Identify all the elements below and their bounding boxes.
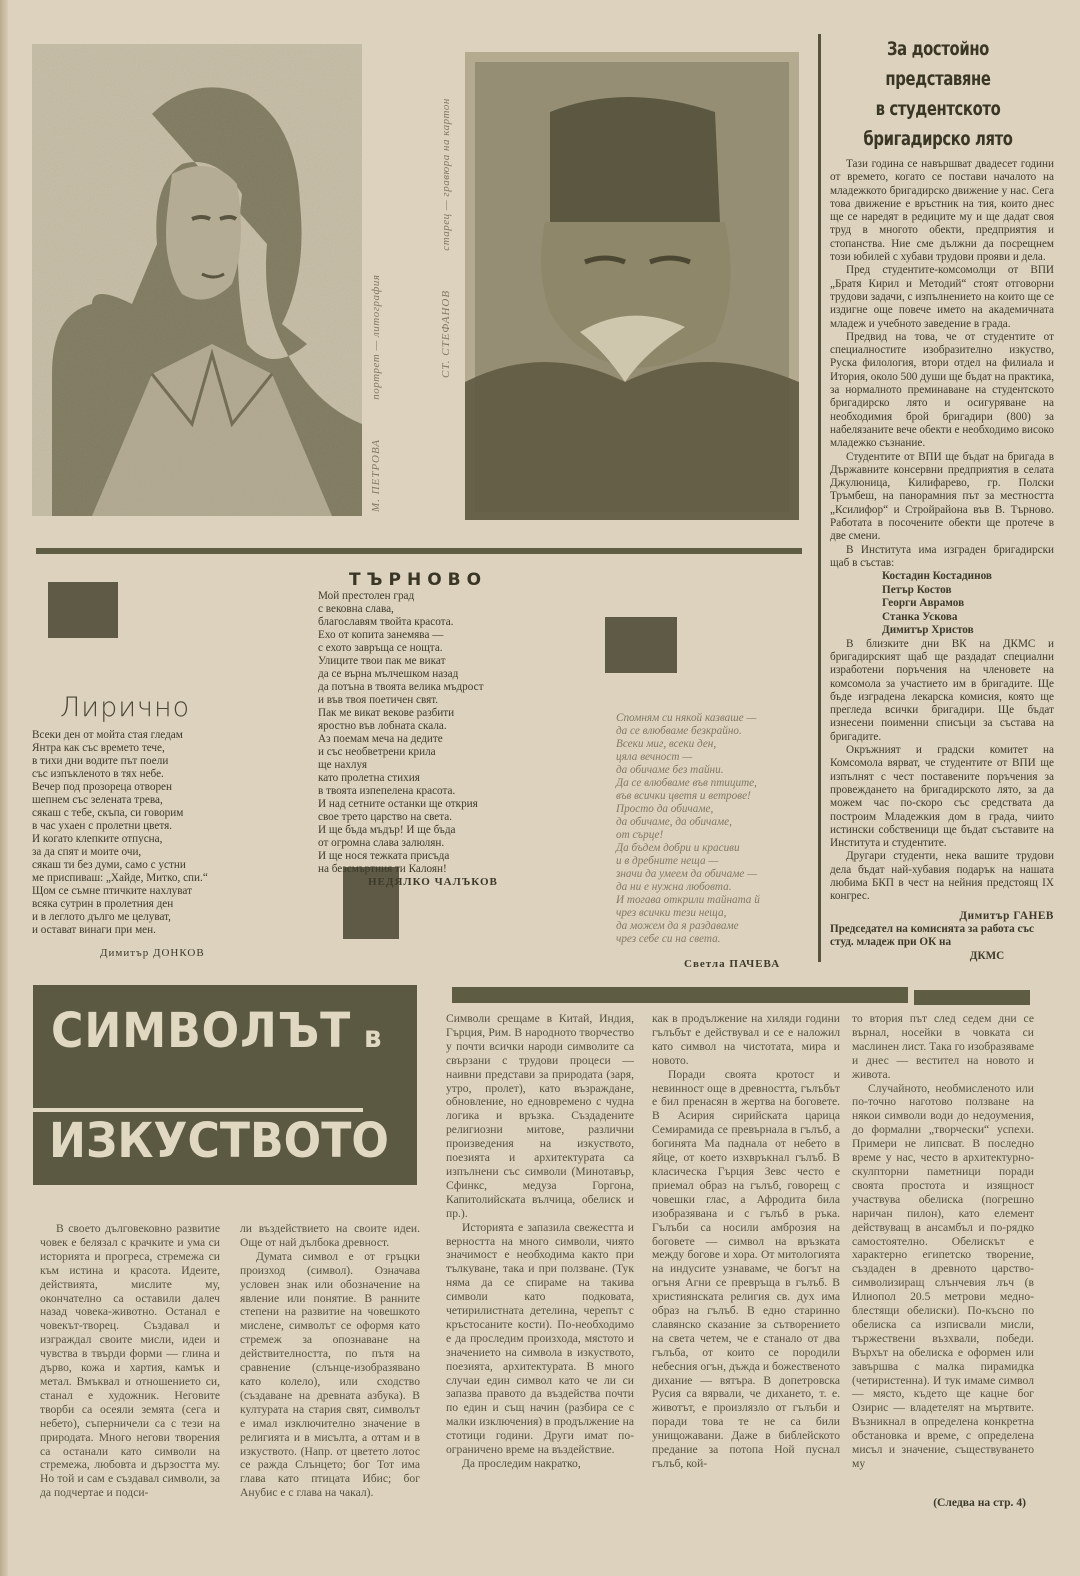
poem-lines: Всеки ден от мойта стая гледам Янтра как…: [32, 729, 232, 937]
symbol-col-5: то втория път след седем дни се върнал, …: [852, 1012, 1034, 1471]
column-rule-vertical: [818, 34, 821, 962]
brigade-headline: За достойно представяне в студентското б…: [848, 34, 1029, 154]
symbol-col-2: ли въздействието на своите идеи. Още от …: [240, 1222, 420, 1500]
symbol-col-1: В своето дълговековно развитие човек е б…: [40, 1222, 220, 1500]
poem-pacheva: Спомням си някой казваше — да се влюбвам…: [616, 712, 816, 970]
poem-author: Светла ПАЧЕВА: [616, 958, 816, 970]
symbol-col-4: как в продължение на хиляди години гълъб…: [652, 1012, 840, 1471]
decorative-square: [48, 582, 118, 638]
continued-note: (Следва на стр. 4): [852, 1496, 1026, 1509]
poem-lirichno: Лирично Всеки ден от мойта стая гледам Я…: [32, 692, 232, 959]
brigade-body: Тази година се навършват двадесет години…: [822, 158, 1054, 963]
portrait-caption-1: М. ПЕТРОВА портрет — литография: [370, 275, 382, 512]
page-edge: [0, 0, 8, 1576]
portrait-old-man-engraving: [465, 52, 799, 520]
symbol-col-3: Символи срещаме в Китай, Индия, Гърция, …: [446, 1012, 634, 1471]
banner-title-line1: СИМВОЛЪТв: [51, 1003, 382, 1059]
portrait-woman-lithograph: [32, 44, 362, 516]
poem-author: Димитър ДОНКОВ: [32, 947, 232, 959]
poem-lines: Мой престолен град с вековна слава, благ…: [318, 590, 618, 876]
poem-tarnovo: ТЪРНОВО Мой престолен град с вековна сла…: [318, 570, 618, 888]
brigade-article: За достойно представяне в студентското б…: [822, 34, 1054, 963]
divider-rule-top: [36, 548, 802, 554]
signature: Димитър ГАНЕВ: [830, 910, 1054, 923]
poem-lines: Спомням си някой казваше — да се влюбвам…: [616, 712, 816, 946]
poem-author: НЕДЯЛКО ЧАЛЪКОВ: [318, 876, 618, 888]
signature-title: Председател на комисията за работа със с…: [830, 923, 1054, 963]
portrait-caption-2: СТ. СТЕФАНОВ старец — гравюра на картон: [440, 98, 452, 378]
banner-title-line2: ИЗКУСТВОТО: [49, 1113, 389, 1169]
symbol-article-banner: СИМВОЛЪТв ИЗКУСТВОТО: [33, 985, 417, 1185]
staff-list: Костадин Костадинов Петър Костов Георги …: [830, 570, 1054, 638]
divider-rule-bottom: [452, 987, 908, 1003]
banner-divider: [33, 1108, 363, 1112]
poem-title: ТЪРНОВО: [318, 570, 518, 590]
divider-rule-bottom-end: [914, 990, 1030, 1005]
poem-title: Лирично: [32, 692, 232, 723]
